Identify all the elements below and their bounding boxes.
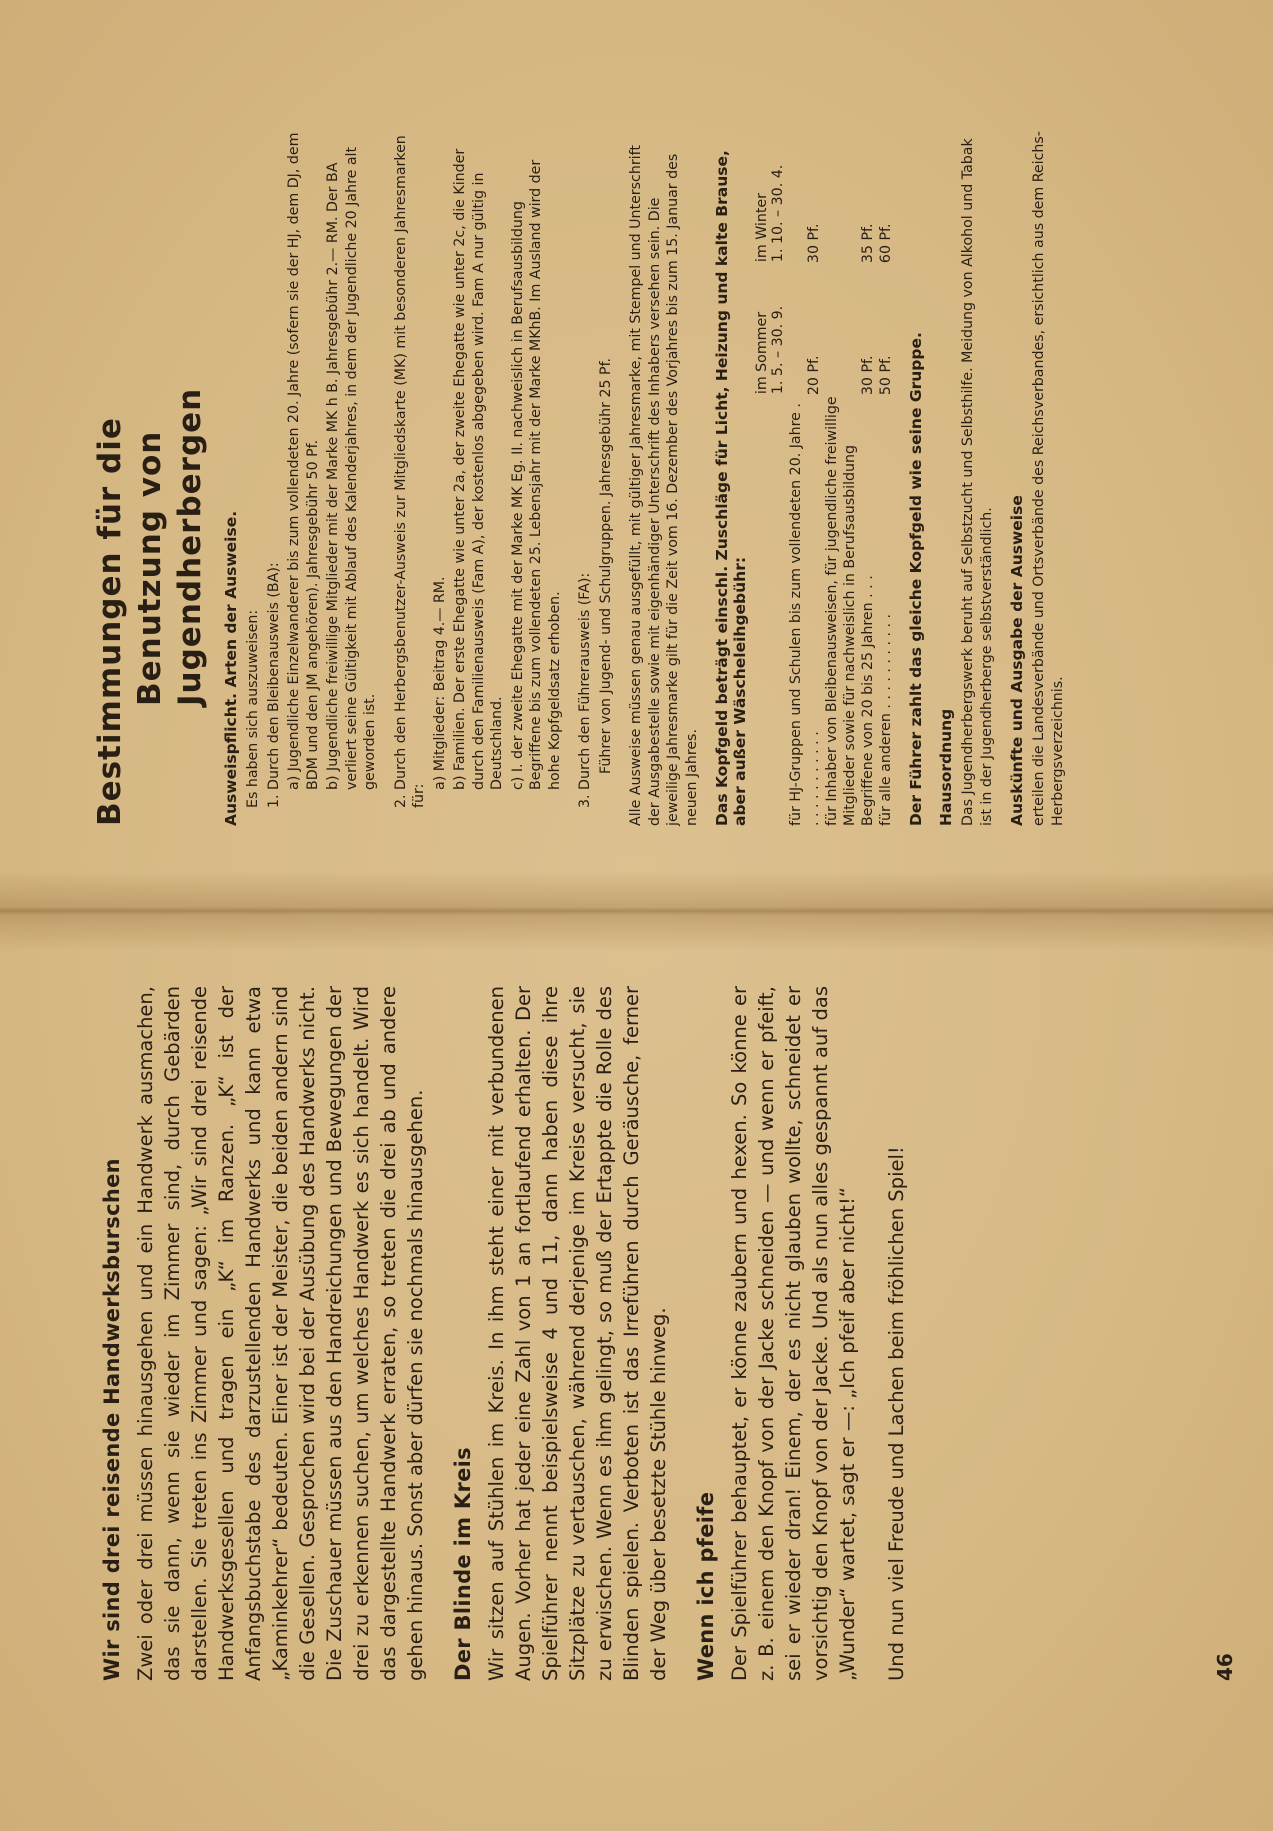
ausweis-item-1: 1. Durch den Bleibenausweis (BA): bbox=[265, 131, 284, 826]
ausweis-note: Alle Ausweise müssen genau ausgefüllt, m… bbox=[627, 131, 701, 826]
hausordnung-heading: Hausordnung bbox=[937, 131, 955, 826]
right-page: Bestimmungen für die Benutzung von Jugen… bbox=[0, 1, 1273, 916]
left-page: Wir sind drei reisende Handwerksburschen… bbox=[0, 916, 1273, 1831]
game-wenn-ich-pfeife: Wenn ich pfeife Der Spielführer behaupte… bbox=[694, 986, 861, 1681]
ausweis-item-2b: b) Familien. Der erste Ehegatte wie unte… bbox=[451, 131, 507, 826]
game-title: Wenn ich pfeife bbox=[694, 986, 718, 1681]
title-line-1: Bestimmungen für die bbox=[92, 417, 128, 826]
booklet-spread: Wir sind drei reisende Handwerksburschen… bbox=[0, 0, 1273, 1831]
closing-line: Und nun viel Freude und Lachen beim fröh… bbox=[883, 986, 910, 1681]
game-handwerksburschen: Wir sind drei reisende Handwerksburschen… bbox=[100, 986, 429, 1681]
fuehrer-line: Der Führer zahlt das gleiche Kopfgeld wi… bbox=[907, 131, 925, 826]
kopfgeld-heading: Das Kopfgeld beträgt einschl. Zuschläge … bbox=[713, 131, 749, 826]
scanned-booklet: Wir sind drei reisende Handwerksburschen… bbox=[0, 0, 1273, 1831]
game-text: Der Spielführer behauptet, er könne zaub… bbox=[726, 986, 861, 1681]
col-winter: im Winter1. 10. – 30. 4. bbox=[753, 131, 787, 263]
ausweis-heading: Ausweispflicht. Arten der Ausweise. bbox=[222, 131, 240, 826]
ausweis-item-2a: a) Mitglieder: Beitrag 4.— RM. bbox=[431, 131, 450, 826]
ausweis-item-3: 3. Durch den Führerausweis (FA): bbox=[576, 131, 595, 826]
game-text: Wir sitzen auf Stühlen im Kreis. In ihm … bbox=[483, 986, 672, 1681]
hausordnung-text: Das Jugendherbergswerk beruht auf Selbst… bbox=[959, 131, 996, 826]
table-row: für alle anderen . . . . . . . . . . . 5… bbox=[877, 131, 895, 826]
col-summer: im Sommer1. 5. – 30. 9. bbox=[753, 263, 787, 395]
game-title: Der Blinde im Kreis bbox=[451, 986, 475, 1681]
page-number: 46 bbox=[1213, 1653, 1237, 1681]
document-title: Bestimmungen für die Benutzung von Jugen… bbox=[90, 131, 210, 826]
ausweis-item-2c: c) I. der zweite Ehegatte mit der Marke … bbox=[509, 131, 565, 826]
auskuenfte-text: erteilen die Landesverbände und Ortsverb… bbox=[1030, 131, 1067, 826]
game-title: Wir sind drei reisende Handwerksburschen bbox=[100, 986, 124, 1681]
table-row: für HJ-Gruppen und Schulen bis zum volle… bbox=[787, 131, 823, 826]
kopfgeld-table: im Sommer1. 5. – 30. 9. im Winter1. 10. … bbox=[753, 131, 895, 826]
ausweis-item-3-text: Führer von Jugend- und Schulgruppen. Jah… bbox=[597, 131, 616, 826]
title-line-2: Benutzung von Jugendherbergen bbox=[130, 131, 210, 826]
game-blinde-im-kreis: Der Blinde im Kreis Wir sitzen auf Stühl… bbox=[451, 986, 672, 1681]
ausweis-item-2: 2. Durch den Herbergsbenutzer-Ausweis zu… bbox=[392, 131, 429, 826]
ausweis-intro: Es haben sich auszuweisen: bbox=[244, 131, 263, 826]
table-row: für Inhaber von Bleibenausweisen, für ju… bbox=[823, 131, 877, 826]
ausweis-item-1b: b) Jugendliche freiwillige Mitglieder mi… bbox=[324, 131, 380, 826]
auskuenfte-heading: Auskünfte und Ausgabe der Ausweise bbox=[1008, 131, 1026, 826]
ausweis-item-1a: a) Jugendliche Einzelwanderer bis zum vo… bbox=[285, 131, 322, 826]
game-text: Zwei oder drei müssen hinausgehen und ei… bbox=[132, 986, 429, 1681]
